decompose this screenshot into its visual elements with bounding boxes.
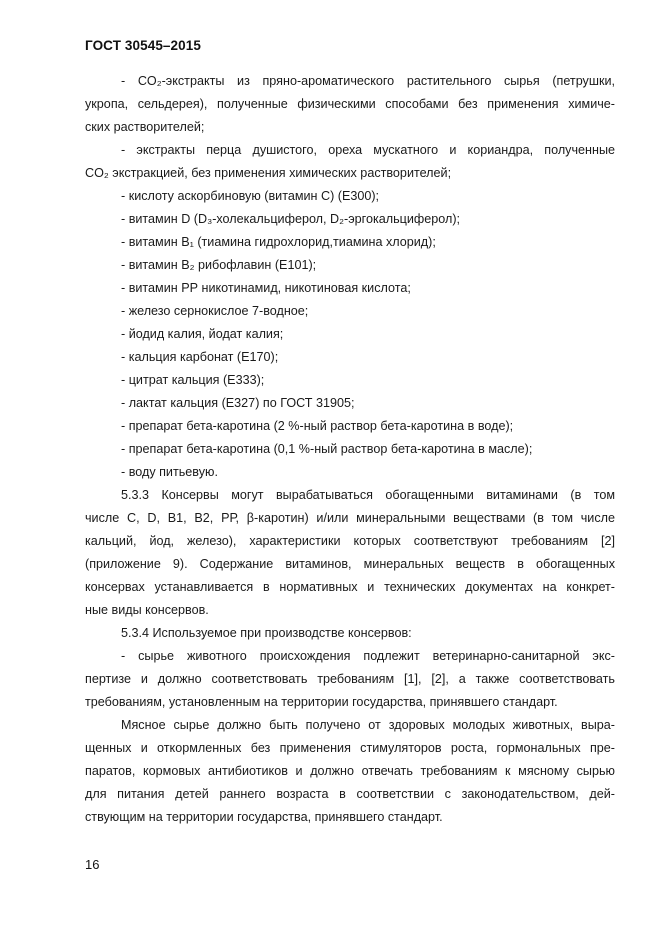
document-header: ГОСТ 30545–2015 bbox=[85, 38, 201, 53]
text-line: - воду питьевую. bbox=[85, 461, 615, 484]
text-line: - цитрат кальция (Е333); bbox=[85, 369, 615, 392]
text-line: пертизе и должно соответствовать требова… bbox=[85, 668, 615, 691]
text-line: паратов, кормовых антибиотиков и должно … bbox=[85, 760, 615, 783]
text-line: - препарат бета-каротина (0,1 %-ный раст… bbox=[85, 438, 615, 461]
text-line: ствующим на территории государства, прин… bbox=[85, 806, 615, 829]
text-line: CO₂ экстракцией, без применения химическ… bbox=[85, 162, 615, 185]
text-line: - витамин РР никотинамид, никотиновая ки… bbox=[85, 277, 615, 300]
text-line: требованиям, установленным на территории… bbox=[85, 691, 615, 714]
text-line: - железо сернокислое 7-водное; bbox=[85, 300, 615, 323]
text-line: - витамин B₂ рибофлавин (Е101); bbox=[85, 254, 615, 277]
text-line: консервах устанавливается в нормативных … bbox=[85, 576, 615, 599]
text-line: кальций, йод, железо), характеристики ко… bbox=[85, 530, 615, 553]
text-line: - лактат кальция (Е327) по ГОСТ 31905; bbox=[85, 392, 615, 415]
text-line: - препарат бета-каротина (2 %-ный раство… bbox=[85, 415, 615, 438]
text-line: 5.3.4 Используемое при производстве конс… bbox=[85, 622, 615, 645]
document-body: - CO₂-экстракты из пряно-ароматического … bbox=[85, 70, 615, 829]
text-line: ских растворителей; bbox=[85, 116, 615, 139]
text-line: - витамин D (D₃-холекальциферол, D₂-эрго… bbox=[85, 208, 615, 231]
text-line: - CO₂-экстракты из пряно-ароматического … bbox=[85, 70, 615, 93]
text-line: щенных и откормленных без применения сти… bbox=[85, 737, 615, 760]
text-line: - витамин B₁ (тиамина гидрохлорид,тиамин… bbox=[85, 231, 615, 254]
text-line: - экстракты перца душистого, ореха муска… bbox=[85, 139, 615, 162]
text-line: - кислоту аскорбиновую (витамин С) (Е300… bbox=[85, 185, 615, 208]
text-line: укропа, сельдерея), полученные физически… bbox=[85, 93, 615, 116]
text-line: ные виды консервов. bbox=[85, 599, 615, 622]
text-line: (приложение 9). Содержание витаминов, ми… bbox=[85, 553, 615, 576]
text-line: для питания детей раннего возраста в соо… bbox=[85, 783, 615, 806]
text-line: 5.3.3 Консервы могут вырабатываться обог… bbox=[85, 484, 615, 507]
text-line: числе С, D, В1, В2, РР, β-каротин) и/или… bbox=[85, 507, 615, 530]
text-line: Мясное сырье должно быть получено от здо… bbox=[85, 714, 615, 737]
page-number: 16 bbox=[85, 857, 99, 872]
text-line: - йодид калия, йодат калия; bbox=[85, 323, 615, 346]
text-line: - кальция карбонат (Е170); bbox=[85, 346, 615, 369]
text-line: - сырье животного происхождения подлежит… bbox=[85, 645, 615, 668]
